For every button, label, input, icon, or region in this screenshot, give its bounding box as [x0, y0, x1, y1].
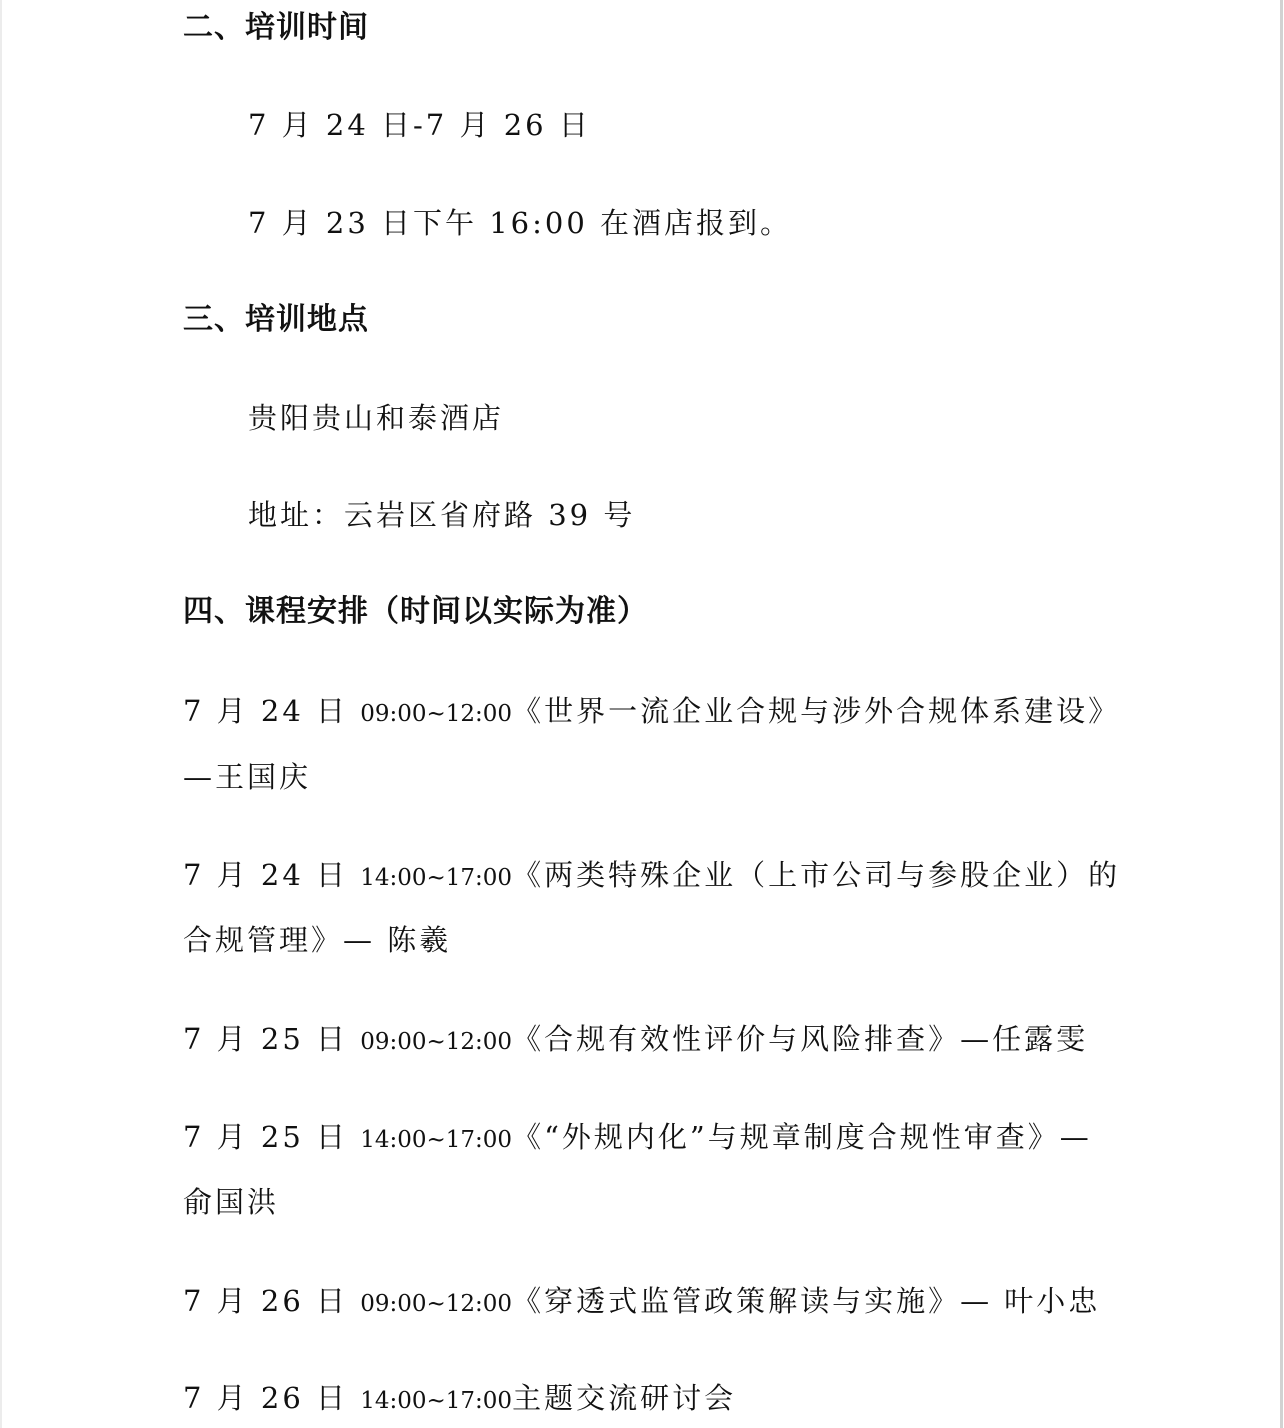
- schedule-time: 09:00~12:00: [360, 1291, 512, 1317]
- hotel-name: 贵阳贵山和泰酒店: [248, 400, 504, 436]
- schedule-date: 7 月 25 日: [183, 1022, 360, 1056]
- section-heading-schedule: 四、课程安排（时间以实际为准）: [183, 594, 648, 630]
- schedule-time: 14:00~17:00: [360, 1127, 512, 1153]
- schedule-item: 7 月 26 日 14:00~17:00主题交流研讨会: [183, 1380, 736, 1419]
- schedule-item: 7 月 26 日 09:00~12:00《穿透式监管政策解读与实施》— 叶小忠: [183, 1283, 1100, 1322]
- schedule-title: 《两类特殊企业（上市公司与参股企业）的: [512, 858, 1120, 892]
- scrollbar-track[interactable]: [1280, 0, 1283, 1428]
- schedule-item: 7 月 24 日 14:00~17:00《两类特殊企业（上市公司与参股企业）的: [183, 857, 1120, 896]
- section-heading-location: 三、培训地点: [183, 302, 369, 338]
- registration-info: 7 月 23 日下午 16:00 在酒店报到。: [248, 205, 792, 241]
- training-dates: 7 月 24 日-7 月 26 日: [248, 107, 591, 143]
- schedule-title: 主题交流研讨会: [512, 1381, 736, 1415]
- schedule-date: 7 月 26 日: [183, 1381, 360, 1415]
- schedule-title: 《“外规内化”与规章制度合规性审查》—: [512, 1120, 1092, 1154]
- schedule-date: 7 月 26 日: [183, 1284, 360, 1318]
- schedule-title: 《穿透式监管政策解读与实施》— 叶小忠: [512, 1284, 1100, 1318]
- section-heading-time: 二、培训时间: [183, 10, 369, 46]
- schedule-title: 《世界一流企业合规与涉外合规体系建设》: [512, 694, 1120, 728]
- schedule-time: 14:00~17:00: [360, 865, 512, 891]
- schedule-item: 7 月 25 日 14:00~17:00《“外规内化”与规章制度合规性审查》—: [183, 1119, 1092, 1158]
- page-left-edge: [0, 0, 2, 1428]
- hotel-address: 地址：云岩区省府路 39 号: [248, 497, 635, 533]
- schedule-item: 7 月 24 日 09:00~12:00《世界一流企业合规与涉外合规体系建设》: [183, 693, 1120, 732]
- schedule-time: 09:00~12:00: [360, 1029, 512, 1055]
- schedule-item: 7 月 25 日 09:00~12:00《合规有效性评价与风险排查》—任露雯: [183, 1021, 1088, 1060]
- schedule-time: 09:00~12:00: [360, 701, 512, 727]
- schedule-date: 7 月 25 日: [183, 1120, 360, 1154]
- schedule-time: 14:00~17:00: [360, 1388, 512, 1414]
- schedule-speaker: —王国庆: [183, 759, 311, 795]
- schedule-date: 7 月 24 日: [183, 694, 360, 728]
- schedule-date: 7 月 24 日: [183, 858, 360, 892]
- schedule-speaker: 俞国洪: [183, 1184, 279, 1220]
- schedule-title: 《合规有效性评价与风险排查》—任露雯: [512, 1022, 1088, 1056]
- schedule-speaker: 合规管理》— 陈羲: [183, 922, 451, 958]
